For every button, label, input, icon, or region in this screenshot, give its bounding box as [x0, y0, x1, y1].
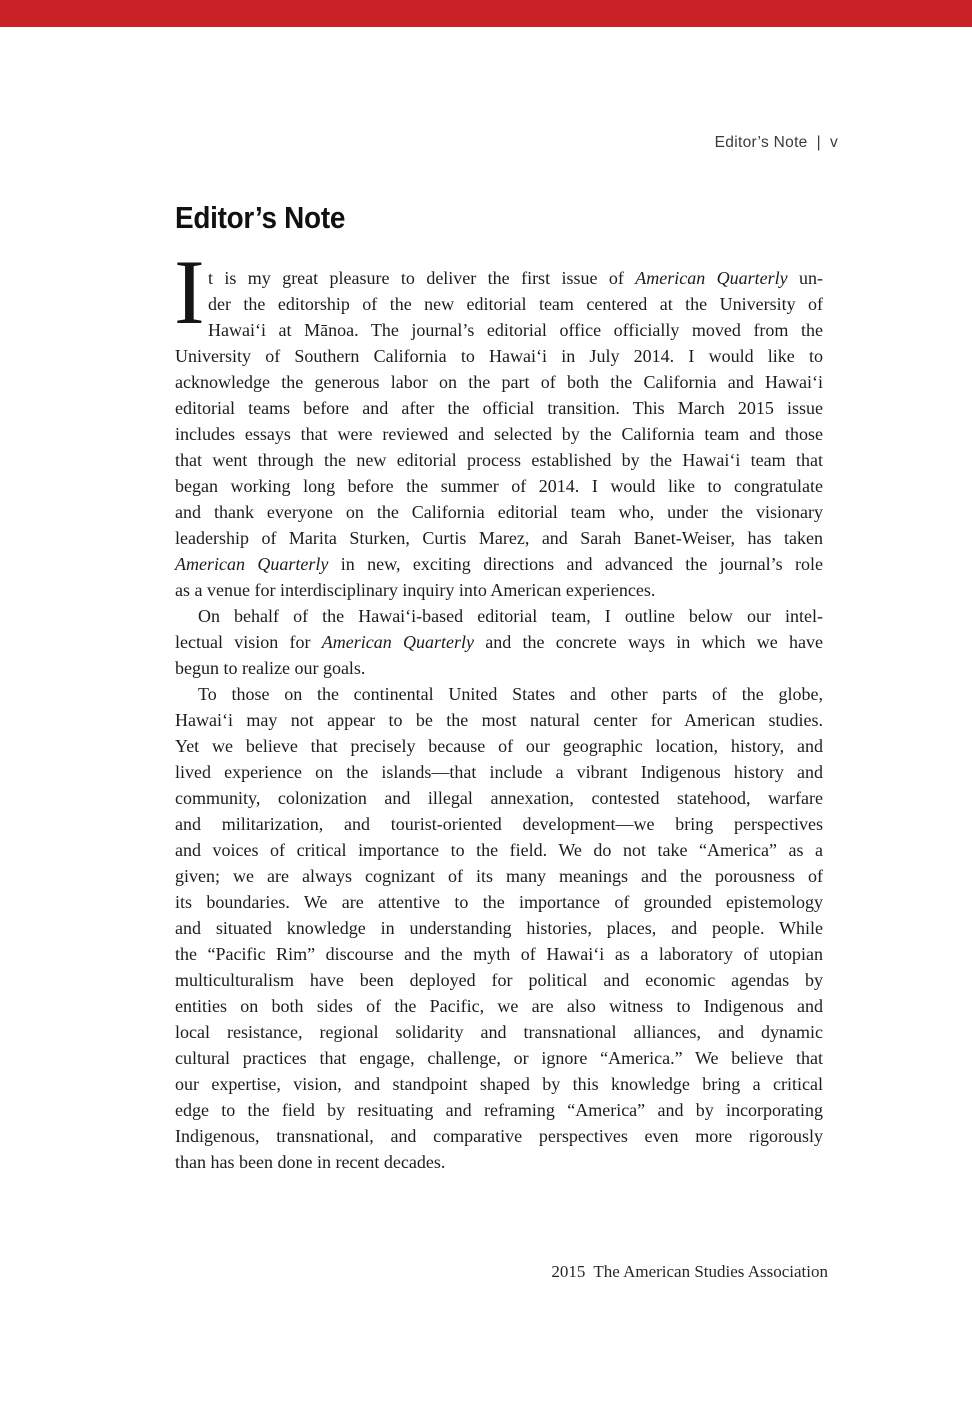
body-line: that went through the new editorial proc… — [175, 447, 823, 473]
journal-title-italic: American Quarterly — [635, 268, 787, 288]
footer-organization: The American Studies Association — [593, 1262, 828, 1281]
body-line: entities on both sides of the Pacific, w… — [175, 993, 823, 1019]
body-line: began working long before the summer of … — [175, 473, 823, 499]
body-line: and militarization, and tourist-oriented… — [175, 811, 823, 837]
body-line: our expertise, vision, and standpoint sh… — [175, 1071, 823, 1097]
body-line: the “Pacific Rim” discourse and the myth… — [175, 941, 823, 967]
body-line: multiculturalism have been deployed for … — [175, 967, 823, 993]
body-line: der the editorship of the new editorial … — [175, 291, 823, 317]
body-line: its boundaries. We are attentive to the … — [175, 889, 823, 915]
journal-title-italic: American Quarterly — [322, 632, 474, 652]
text-run: t is my great pleasure to deliver the fi… — [208, 268, 635, 288]
body-line: Hawaiʻi may not appear to be the most na… — [175, 707, 823, 733]
body-line: On behalf of the Hawaiʻi-based editorial… — [175, 603, 823, 629]
body-line: and situated knowledge in understanding … — [175, 915, 823, 941]
page-footer: 2015The American Studies Association — [0, 1262, 828, 1282]
page-title: Editor’s Note — [175, 200, 345, 236]
body-line: University of Southern California to Haw… — [175, 343, 823, 369]
top-red-banner — [0, 0, 972, 27]
body-line: editorial teams before and after the off… — [175, 395, 823, 421]
text-run: un- — [788, 268, 823, 288]
body-line: Indigenous, transnational, and comparati… — [175, 1123, 823, 1149]
body-line: lived experience on the islands—that inc… — [175, 759, 823, 785]
body-line: To those on the continental United State… — [175, 681, 823, 707]
body-line: community, colonization and illegal anne… — [175, 785, 823, 811]
journal-page: Editor’s Note|v Editor’s Note I t is my … — [0, 0, 972, 1404]
body-line: edge to the field by resituating and ref… — [175, 1097, 823, 1123]
body-line: t is my great pleasure to deliver the fi… — [175, 265, 823, 291]
body-line: Hawaiʻi at Mānoa. The journal’s editoria… — [175, 317, 823, 343]
body-line: and thank everyone on the California edi… — [175, 499, 823, 525]
running-header-section: Editor’s Note — [715, 134, 808, 151]
body-line: than has been done in recent decades. — [175, 1149, 823, 1175]
body-line: cultural practices that engage, challeng… — [175, 1045, 823, 1071]
body-line: and voices of critical importance to the… — [175, 837, 823, 863]
running-header: Editor’s Note|v — [0, 134, 838, 152]
drop-cap: I — [174, 246, 205, 338]
body-line: leadership of Marita Sturken, Curtis Mar… — [175, 525, 823, 551]
running-header-separator: | — [817, 134, 821, 151]
body-line: Yet we believe that precisely because of… — [175, 733, 823, 759]
article-body: I t is my great pleasure to deliver the … — [175, 265, 823, 1175]
body-line: begun to realize our goals. — [175, 655, 823, 681]
body-line: local resistance, regional solidarity an… — [175, 1019, 823, 1045]
body-line: American Quarterly in new, exciting dire… — [175, 551, 823, 577]
text-run: lectual vision for — [175, 632, 322, 652]
footer-year: 2015 — [551, 1262, 585, 1281]
running-header-page-number: v — [830, 134, 838, 151]
body-line: includes essays that were reviewed and s… — [175, 421, 823, 447]
text-run: in new, exciting directions and advanced… — [328, 554, 823, 574]
body-line: acknowledge the generous labor on the pa… — [175, 369, 823, 395]
text-run: and the concrete ways in which we have — [474, 632, 823, 652]
body-line: lectual vision for American Quarterly an… — [175, 629, 823, 655]
body-line: as a venue for interdisciplinary inquiry… — [175, 577, 823, 603]
body-line: given; we are always cognizant of its ma… — [175, 863, 823, 889]
journal-title-italic: American Quarterly — [175, 554, 328, 574]
